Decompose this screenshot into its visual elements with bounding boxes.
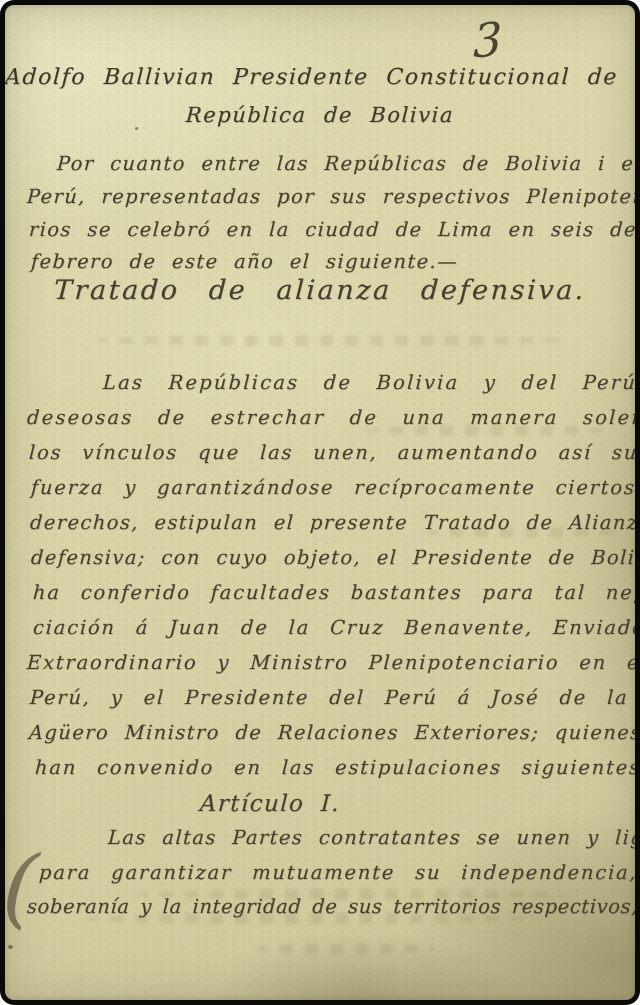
margin-bracket-mark: ( (5, 834, 41, 939)
manuscript-line: Las altas Partes contratantes se unen y … (107, 826, 635, 849)
treaty-title: Tratado de alianza defensiva. (5, 275, 635, 306)
manuscript-line: Perú, y el Presidente del Perú á José de… (29, 686, 635, 709)
article-heading: Artículo I. (5, 791, 536, 817)
showthrough-mark (95, 335, 565, 346)
manuscript-line: los vínculos que las unen, aumentando as… (28, 441, 635, 464)
manuscript-line: soberanía y la integridad de sus territo… (26, 895, 635, 918)
manuscript-line: ciación á Juan de la Cruz Benavente, Env… (32, 616, 635, 639)
manuscript-line: fuerza y garantizándose recíprocamente c… (30, 476, 635, 499)
manuscript-line: Agüero Ministro de Relaciones Exteriores… (28, 721, 635, 744)
ink-speck (135, 127, 138, 130)
manuscript-line: Perú, representadas por sus respectivos … (26, 185, 635, 208)
document-heading-line: República de Bolivia (5, 103, 635, 127)
showthrough-mark (255, 943, 435, 954)
manuscript-line: febrero de este año el siguiente.— (30, 250, 458, 273)
manuscript-line: Extraordinario y Ministro Plenipotenciar… (26, 651, 635, 674)
manuscript-line: Las Repúblicas de Bolivia y del Perú, (102, 371, 635, 394)
scanned-document-frame: 3 Adolfo Ballivian Presidente Constituci… (0, 0, 640, 1005)
manuscript-line: derechos, estipulan el presente Tratado … (29, 511, 635, 534)
manuscript-line: han convenido en las estipulaciones sigu… (34, 756, 635, 779)
manuscript-line: rios se celebró en la ciudad de Lima en … (28, 218, 635, 241)
manuscript-line: deseosas de estrechar de una manera sole… (26, 406, 635, 429)
manuscript-line: para garantizar mutuamente su independen… (38, 861, 635, 884)
manuscript-line: Por cuanto entre las Repúblicas de Boliv… (56, 152, 635, 175)
manuscript-line: ha conferido facultades bastantes para t… (32, 581, 635, 604)
document-heading-line: Adolfo Ballivian Presidente Constitucion… (5, 65, 635, 90)
manuscript-page: 3 Adolfo Ballivian Presidente Constituci… (5, 5, 635, 1000)
page-number: 3 (473, 11, 502, 68)
manuscript-line: defensiva; con cuyo objeto, el President… (30, 546, 635, 569)
ink-speck (8, 945, 13, 949)
